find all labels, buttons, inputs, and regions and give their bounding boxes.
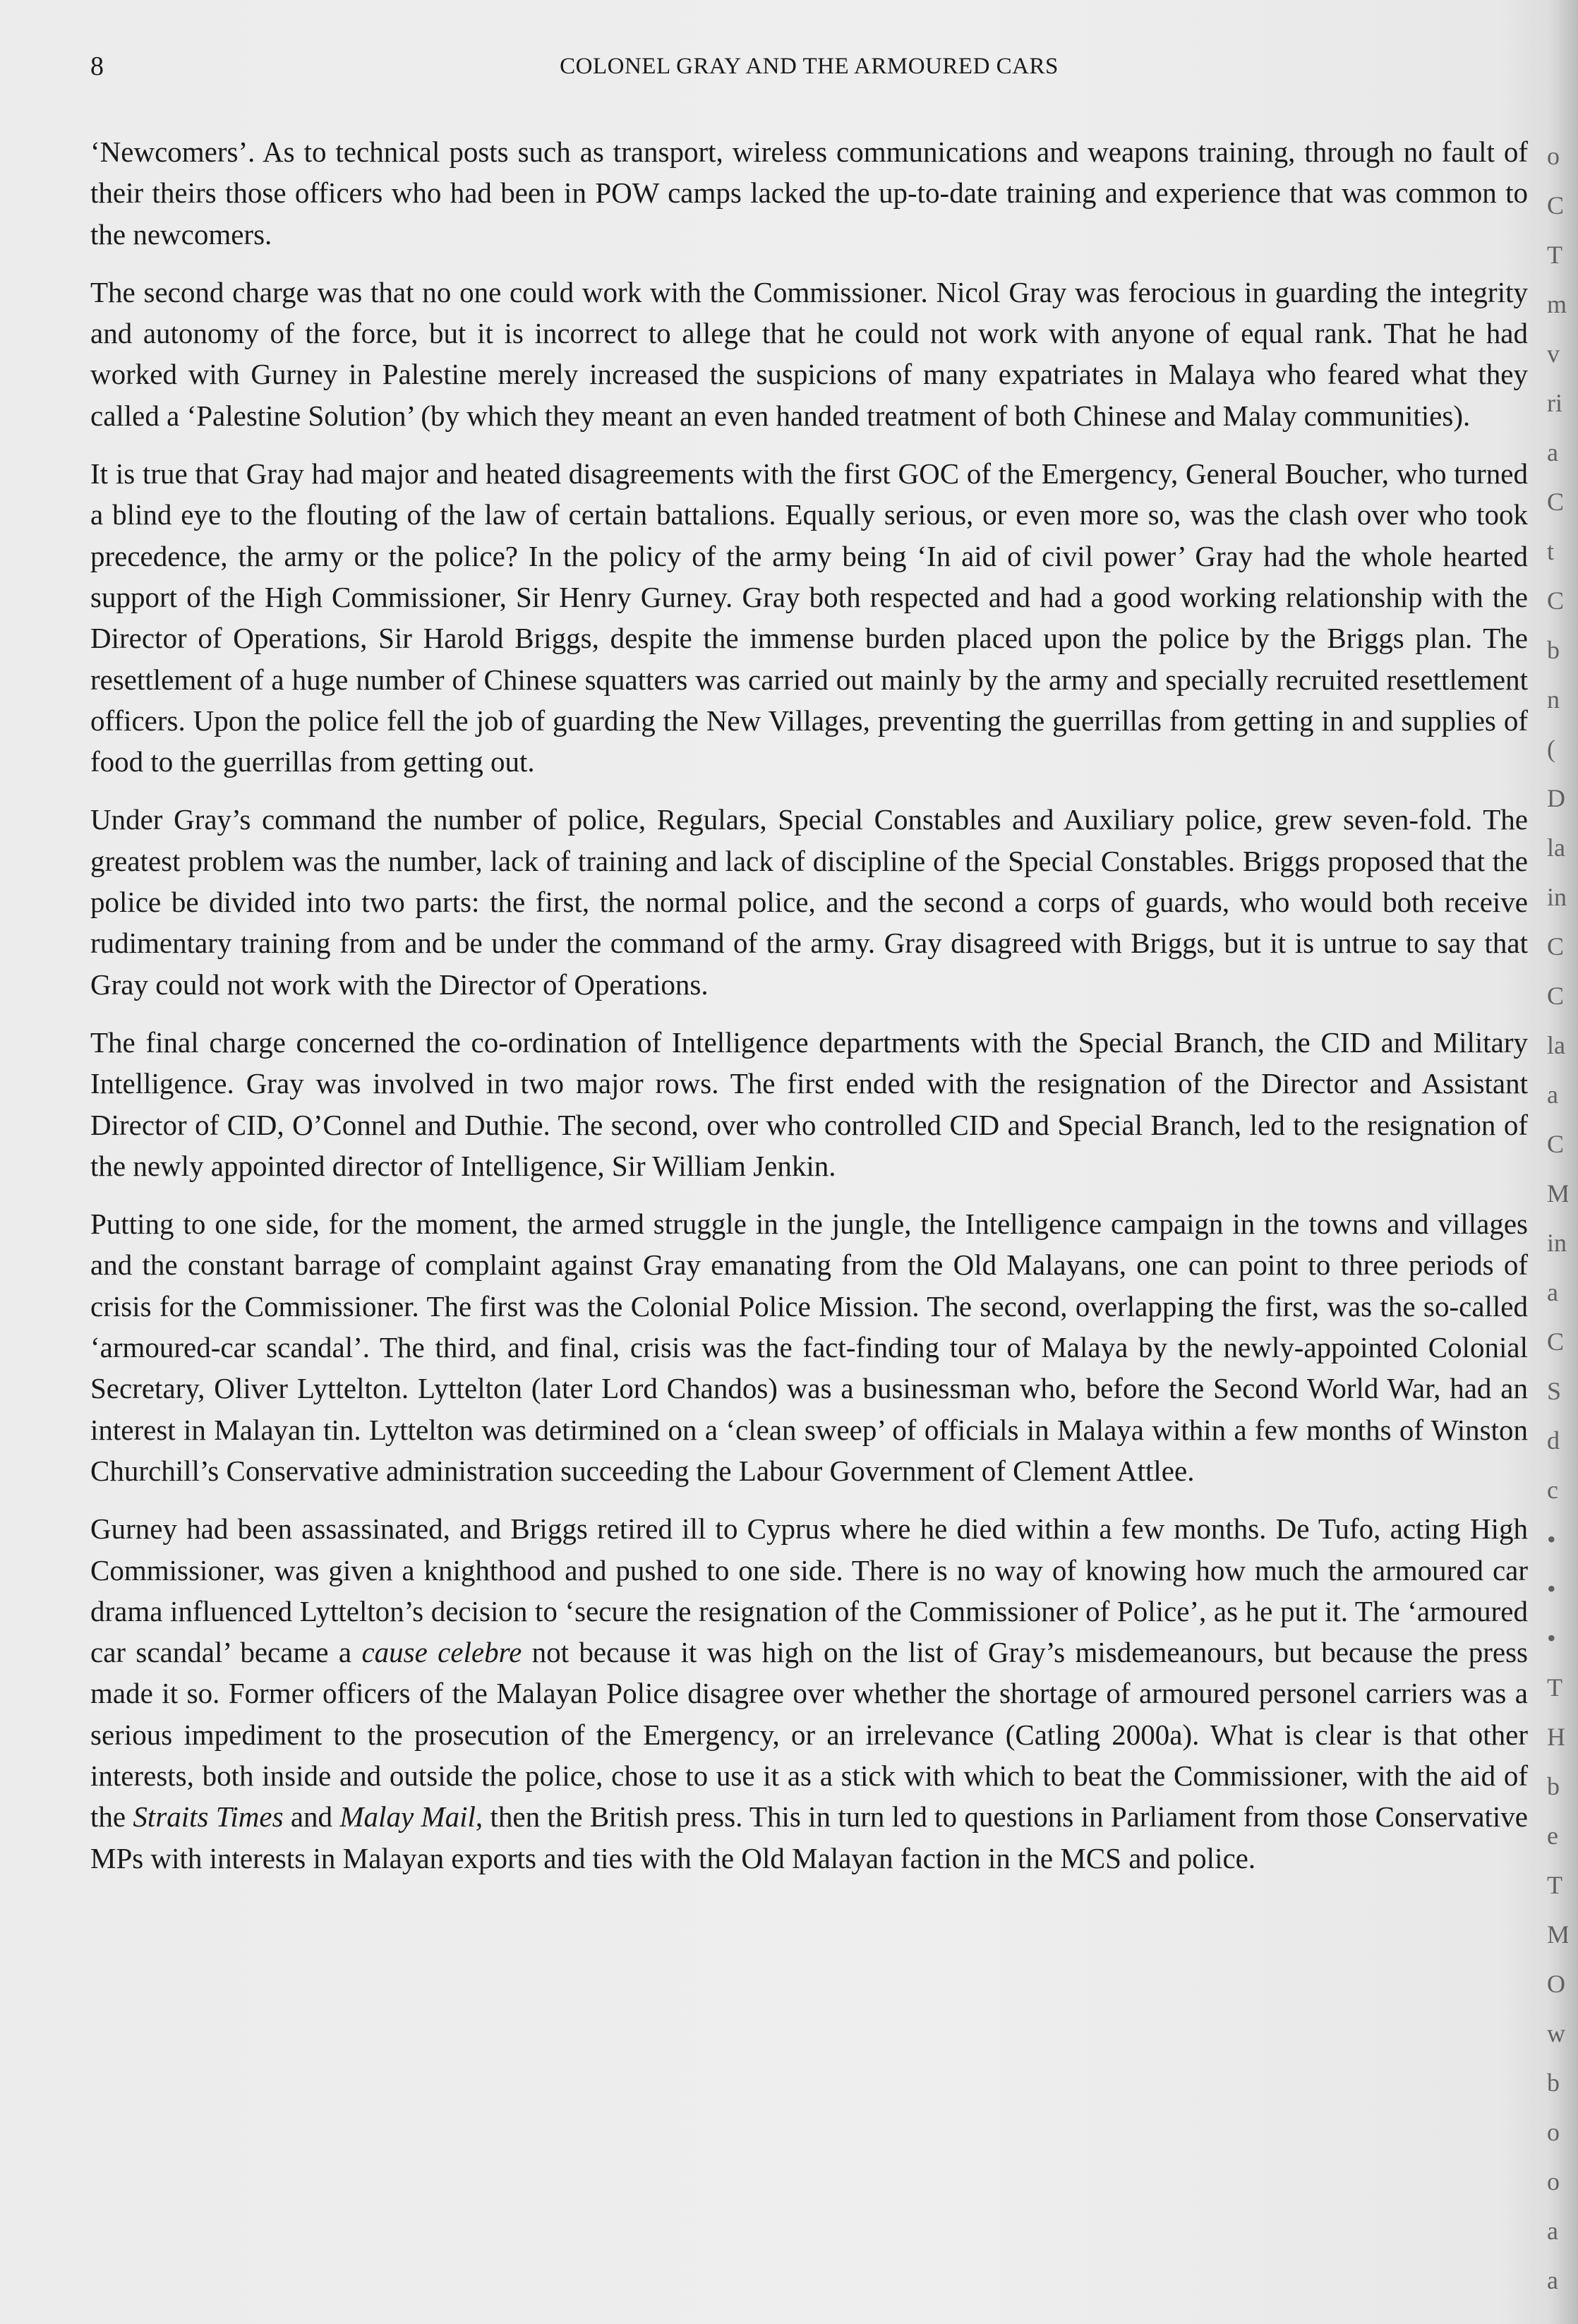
bleed-fragment: • — [1547, 1623, 1568, 1653]
bleed-fragment: a — [1547, 438, 1568, 467]
bleed-fragment: in — [1547, 882, 1568, 912]
bleed-fragment: C — [1547, 586, 1568, 615]
bleed-fragment: O — [1547, 1969, 1568, 1999]
bleed-fragment: T — [1547, 1673, 1568, 1702]
bleed-fragment: in — [1547, 1228, 1568, 1258]
paragraph-goc-disagreements: It is true that Gray had major and heate… — [90, 453, 1528, 782]
bleed-fragment: o — [1547, 141, 1568, 171]
bleed-fragment: o — [1547, 2117, 1568, 2147]
bleed-fragment: la — [1547, 1030, 1568, 1060]
bleed-fragment: b — [1547, 1771, 1568, 1801]
bleed-fragment: C — [1547, 981, 1568, 1011]
italic-title-malay-mail: Malay Mail — [339, 1800, 476, 1833]
paragraph-armoured-car-scandal: Gurney had been assassinated, and Briggs… — [90, 1508, 1528, 1879]
italic-title-straits-times: Straits Times — [133, 1800, 283, 1833]
bleed-fragment: w — [1547, 2018, 1568, 2048]
bleed-fragment: C — [1547, 487, 1568, 517]
paragraph-three-crises: Putting to one side, for the moment, the… — [90, 1203, 1528, 1491]
body-text: ‘Newcomers’. As to technical posts such … — [90, 131, 1528, 1896]
bleed-fragment: S — [1547, 1376, 1568, 1406]
text-segment: and — [284, 1800, 340, 1833]
bleed-fragment: H — [1547, 1722, 1568, 1752]
bleed-fragment: b — [1547, 2068, 1568, 2097]
bleed-fragment: • — [1547, 1524, 1568, 1554]
bleed-fragment: c — [1547, 1475, 1568, 1505]
bleed-fragment: a — [1547, 2265, 1568, 2295]
bleed-fragment: ri — [1547, 388, 1568, 418]
bleed-fragment: la — [1547, 833, 1568, 862]
bleed-fragment: C — [1547, 1129, 1568, 1159]
bleed-fragment: m — [1547, 289, 1568, 319]
bleed-fragment: b — [1547, 635, 1568, 665]
bleed-fragment: n — [1547, 685, 1568, 714]
bleed-fragment: ( — [1547, 734, 1568, 764]
book-page: 8 COLONEL GRAY AND THE ARMOURED CARS ‘Ne… — [0, 0, 1578, 2324]
bleed-fragment: t — [1547, 536, 1568, 566]
bleed-fragment: C — [1547, 1327, 1568, 1356]
bleed-fragment: e — [1547, 1821, 1568, 1850]
paragraph-final-charge: The final charge concerned the co-ordina… — [90, 1022, 1528, 1186]
running-head: 8 COLONEL GRAY AND THE ARMOURED CARS — [90, 48, 1528, 85]
running-head-title: COLONEL GRAY AND THE ARMOURED CARS — [90, 48, 1528, 85]
bleed-fragment: a — [1547, 2216, 1568, 2246]
bleed-fragment: a — [1547, 1277, 1568, 1307]
paragraph-grays-command: Under Gray’s command the number of polic… — [90, 799, 1528, 1004]
bleed-fragment: • — [1547, 1574, 1568, 1603]
bleed-fragment: T — [1547, 1870, 1568, 1900]
italic-phrase-cause-celebre: cause celebre — [361, 1636, 522, 1668]
bleed-fragment: C — [1547, 191, 1568, 220]
bleed-fragment: o — [1547, 2167, 1568, 2196]
bleed-fragment: M — [1547, 1179, 1568, 1208]
bleed-fragment: a — [1547, 1080, 1568, 1109]
paragraph-newcomers: ‘Newcomers’. As to technical posts such … — [90, 131, 1528, 255]
bleed-fragment: T — [1547, 240, 1568, 270]
paragraph-second-charge: The second charge was that no one could … — [90, 272, 1528, 436]
bleed-fragment: v — [1547, 339, 1568, 368]
bleed-fragment: M — [1547, 1920, 1568, 1949]
bleed-fragment: C — [1547, 932, 1568, 961]
bleed-fragment: d — [1547, 1426, 1568, 1455]
bleed-fragment: D — [1547, 783, 1568, 813]
